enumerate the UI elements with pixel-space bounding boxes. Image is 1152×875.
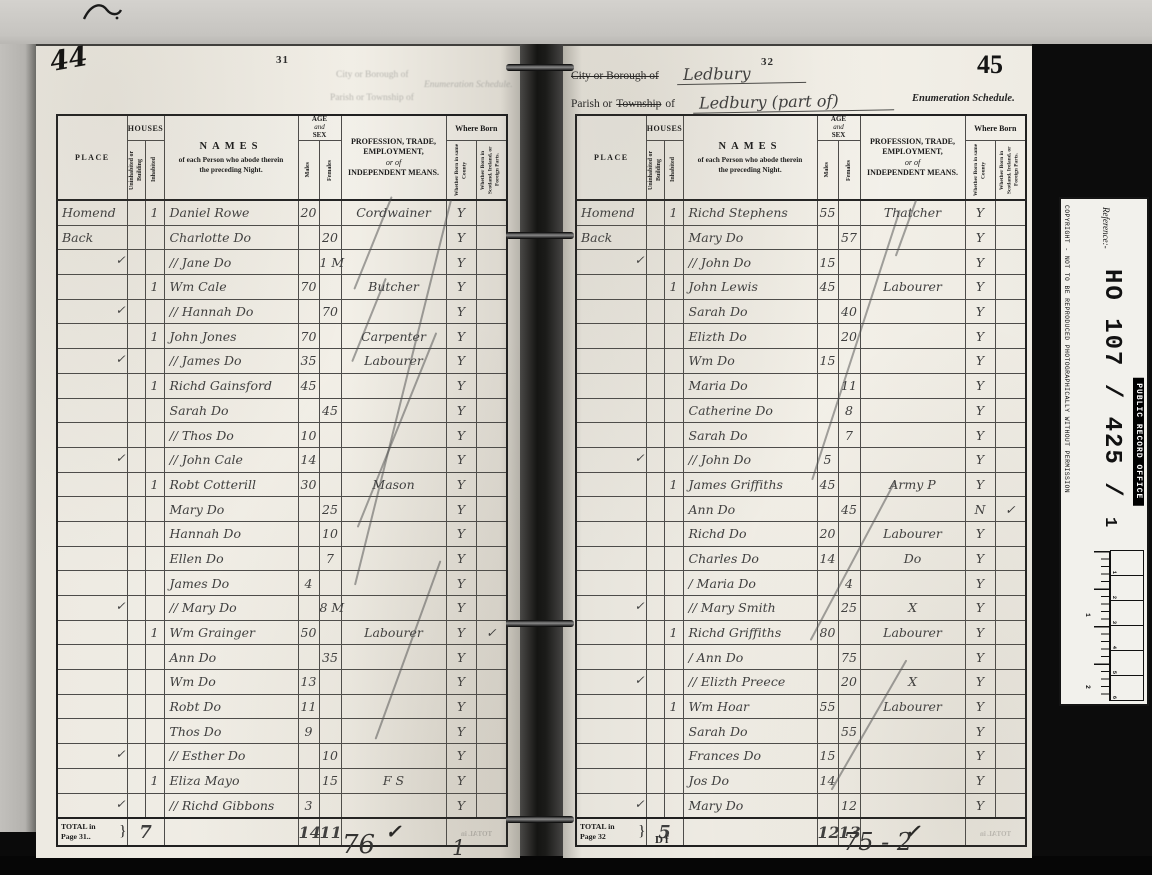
- census-row: Sarah Do 7 Y: [576, 423, 1026, 448]
- born-other-cell: [476, 521, 507, 546]
- born-county-cell: Y: [965, 200, 995, 225]
- inhabited-cell: [145, 225, 164, 250]
- handwritten-parish-value: Ledbury (part of): [693, 90, 894, 113]
- header-names: NAMES of each Person who abode therein t…: [164, 115, 298, 200]
- age-male-cell: [817, 299, 838, 324]
- age-female-cell: [319, 620, 341, 645]
- born-other-cell: [995, 447, 1026, 472]
- ruler-inch-scale: 1 2: [1083, 551, 1110, 701]
- born-other-cell: [995, 373, 1026, 398]
- bleedthrough-line-2: Parish or Township of: [330, 93, 414, 103]
- born-other-cell: [995, 349, 1026, 374]
- name-cell: Richd Griffiths: [683, 620, 817, 645]
- profession-cell: [860, 299, 965, 324]
- age-male-cell: 11: [298, 694, 319, 719]
- name-cell: // John Do: [683, 447, 817, 472]
- age-female-cell: 45: [838, 497, 860, 522]
- scanner-background-top: [0, 0, 1152, 44]
- age-female-cell: [319, 447, 341, 472]
- place-cell: [57, 324, 127, 349]
- age-female-cell: [838, 694, 860, 719]
- name-cell: Hannah Do: [164, 521, 298, 546]
- name-cell: Mary Do: [164, 497, 298, 522]
- uninhabited-cell: [127, 546, 145, 571]
- profession-cell: [341, 225, 446, 250]
- born-county-cell: Y: [965, 793, 995, 818]
- place-cell: [57, 497, 127, 522]
- born-other-cell: [476, 200, 507, 225]
- age-female-cell: [319, 373, 341, 398]
- profession-cell: Labourer: [341, 620, 446, 645]
- place-cell: [576, 571, 646, 596]
- uninhabited-cell: [646, 200, 664, 225]
- inhabited-cell: 1: [664, 200, 683, 225]
- uninhabited-cell: [127, 571, 145, 596]
- place-cell: ✓: [57, 744, 127, 769]
- place-cell: ✓: [576, 596, 646, 621]
- total-row: TOTAL in Page 32 } 5 12 13 ✓ TOTAL in: [576, 818, 1026, 846]
- profession-cell: Army P: [860, 472, 965, 497]
- name-cell: Mary Do: [683, 793, 817, 818]
- place-cell: Back: [576, 225, 646, 250]
- profession-cell: Mason: [341, 472, 446, 497]
- age-male-cell: [817, 670, 838, 695]
- profession-cell: [860, 423, 965, 448]
- born-county-cell: Y: [446, 744, 476, 769]
- census-row: 1 Robt Cotterill 30 Mason Y: [57, 472, 507, 497]
- age-male-cell: 10: [298, 423, 319, 448]
- age-female-cell: [319, 275, 341, 300]
- place-cell: ✓: [57, 349, 127, 374]
- born-county-cell: Y: [965, 719, 995, 744]
- born-county-cell: Y: [446, 225, 476, 250]
- census-row: Wm Do 13 Y: [57, 670, 507, 695]
- age-female-cell: 45: [319, 398, 341, 423]
- born-county-cell: Y: [446, 324, 476, 349]
- name-cell: Ann Do: [164, 645, 298, 670]
- profession-cell: [860, 373, 965, 398]
- census-row: ✓ // James Do 35 Labourer Y: [57, 349, 507, 374]
- inhabited-cell: [664, 349, 683, 374]
- place-cell: ✓: [576, 250, 646, 275]
- census-row: 1 Richd Gainsford 45 Y: [57, 373, 507, 398]
- born-county-cell: Y: [965, 299, 995, 324]
- header-males: Males: [298, 141, 319, 201]
- name-cell: Wm Cale: [164, 275, 298, 300]
- age-male-cell: 55: [817, 200, 838, 225]
- age-female-cell: [838, 447, 860, 472]
- age-male-cell: [298, 497, 319, 522]
- public-record-office-stamp: PUBLIC RECORD OFFICE Reference:- HO 107 …: [1059, 197, 1149, 706]
- census-row: 1 James Griffiths 45 Army P Y: [576, 472, 1026, 497]
- name-cell: Catherine Do: [683, 398, 817, 423]
- born-county-cell: Y: [965, 423, 995, 448]
- age-female-cell: [319, 349, 341, 374]
- header-where-born: Where Born: [965, 115, 1026, 141]
- age-female-cell: [319, 324, 341, 349]
- header-females: Females: [319, 141, 341, 201]
- footer-mark-df: Df: [655, 834, 671, 846]
- age-male-cell: [298, 250, 319, 275]
- age-female-cell: [838, 472, 860, 497]
- margin-checkmark: ✓: [634, 253, 644, 267]
- name-cell: // Hannah Do: [164, 299, 298, 324]
- inhabited-cell: 1: [664, 694, 683, 719]
- inhabited-cell: 1: [145, 275, 164, 300]
- header-where-born: Where Born: [446, 115, 507, 141]
- age-male-cell: 14: [817, 546, 838, 571]
- born-other-cell: [995, 299, 1026, 324]
- uninhabited-cell: [646, 793, 664, 818]
- census-row: ✓ // Esther Do 10 Y: [57, 744, 507, 769]
- margin-checkmark: ✓: [634, 599, 644, 613]
- census-row: ✓ // Hannah Do 70 Y: [57, 299, 507, 324]
- age-female-cell: [319, 571, 341, 596]
- place-cell: [57, 423, 127, 448]
- born-other-cell: [995, 472, 1026, 497]
- inhabited-cell: [664, 571, 683, 596]
- profession-cell: Labourer: [860, 521, 965, 546]
- profession-cell: X: [860, 670, 965, 695]
- total-females: 11: [319, 818, 341, 846]
- name-cell: Richd Stephens: [683, 200, 817, 225]
- age-female-cell: 40: [838, 299, 860, 324]
- name-cell: Maria Do: [683, 373, 817, 398]
- census-row: 1 John Jones 70 Carpenter Y: [57, 324, 507, 349]
- census-row: Jos Do 14 Y: [576, 768, 1026, 793]
- born-other-cell: [476, 546, 507, 571]
- born-county-cell: Y: [446, 596, 476, 621]
- census-row: Ellen Do 7 Y: [57, 546, 507, 571]
- inhabited-cell: 1: [664, 620, 683, 645]
- uninhabited-cell: [646, 398, 664, 423]
- binding-staple: [506, 620, 574, 627]
- margin-checkmark: ✓: [115, 253, 125, 267]
- inhabited-cell: [664, 423, 683, 448]
- age-male-cell: [298, 645, 319, 670]
- age-male-cell: 30: [298, 472, 319, 497]
- name-cell: Wm Grainger: [164, 620, 298, 645]
- uninhabited-cell: [646, 645, 664, 670]
- header-inhabited: Inhabited: [145, 141, 164, 201]
- uninhabited-cell: [127, 200, 145, 225]
- name-cell: Daniel Rowe: [164, 200, 298, 225]
- name-cell: Robt Cotterill: [164, 472, 298, 497]
- inhabited-cell: 1: [664, 275, 683, 300]
- profession-cell: [341, 694, 446, 719]
- place-cell: [576, 324, 646, 349]
- profession-cell: [341, 398, 446, 423]
- profession-cell: [860, 225, 965, 250]
- uninhabited-cell: [646, 571, 664, 596]
- born-county-cell: Y: [965, 744, 995, 769]
- profession-cell: [341, 793, 446, 818]
- born-other-cell: [476, 299, 507, 324]
- age-male-cell: [298, 521, 319, 546]
- profession-cell: [341, 497, 446, 522]
- uninhabited-cell: [127, 744, 145, 769]
- total-males: 12: [817, 818, 838, 846]
- uninhabited-cell: [646, 497, 664, 522]
- name-cell: Sarah Do: [164, 398, 298, 423]
- born-county-cell: Y: [965, 225, 995, 250]
- born-other-cell: [476, 571, 507, 596]
- born-county-cell: Y: [446, 793, 476, 818]
- born-other-cell: [995, 620, 1026, 645]
- census-row: Robt Do 11 Y: [57, 694, 507, 719]
- profession-cell: [860, 768, 965, 793]
- uninhabited-cell: [127, 472, 145, 497]
- age-female-cell: 25: [838, 596, 860, 621]
- table-header: PLACE HOUSES NAMES of each Person who ab…: [57, 115, 507, 200]
- inhabited-cell: [664, 299, 683, 324]
- place-cell: [576, 744, 646, 769]
- uninhabited-cell: [646, 596, 664, 621]
- census-row: ✓ // John Cale 14 Y: [57, 447, 507, 472]
- place-cell: [576, 546, 646, 571]
- inhabited-cell: 1: [145, 373, 164, 398]
- profession-cell: [860, 793, 965, 818]
- name-cell: // James Do: [164, 349, 298, 374]
- binding-staple: [506, 816, 574, 823]
- place-cell: [576, 373, 646, 398]
- book-binding-gutter: [520, 44, 563, 856]
- inhabited-cell: [145, 670, 164, 695]
- census-row: Back Mary Do 57 Y: [576, 225, 1026, 250]
- age-male-cell: [817, 373, 838, 398]
- ruler-cm-box: 3: [1110, 600, 1144, 626]
- margin-checkmark: ✓: [115, 303, 125, 317]
- born-other-cell: [995, 225, 1026, 250]
- born-other-cell: ✓: [476, 620, 507, 645]
- census-row: Homend 1 Richd Stephens 55 Thatcher Y: [576, 200, 1026, 225]
- born-county-cell: Y: [446, 768, 476, 793]
- inhabited-cell: [664, 324, 683, 349]
- age-male-cell: 35: [298, 349, 319, 374]
- uninhabited-cell: [127, 447, 145, 472]
- inhabited-cell: [664, 546, 683, 571]
- age-male-cell: 45: [817, 275, 838, 300]
- born-county-cell: Y: [446, 250, 476, 275]
- inhabited-cell: [145, 694, 164, 719]
- census-row: ✓ // John Do 15 Y: [576, 250, 1026, 275]
- census-row: Ann Do 45 N ✓: [576, 497, 1026, 522]
- census-row: Hannah Do 10 Y: [57, 521, 507, 546]
- place-cell: ✓: [57, 250, 127, 275]
- born-county-cell: Y: [446, 299, 476, 324]
- ruler-cm-box: 5: [1110, 650, 1144, 676]
- table-body: Homend 1 Daniel Rowe 20 Cordwainer Y Bac…: [57, 200, 507, 818]
- place-cell: [57, 472, 127, 497]
- place-cell: ✓: [576, 670, 646, 695]
- place-cell: [57, 719, 127, 744]
- total-males: 14: [298, 818, 319, 846]
- profession-cell: [341, 250, 446, 275]
- born-other-cell: [995, 398, 1026, 423]
- uninhabited-cell: [646, 768, 664, 793]
- age-male-cell: 4: [298, 571, 319, 596]
- born-other-cell: [995, 200, 1026, 225]
- name-cell: Ellen Do: [164, 546, 298, 571]
- age-male-cell: [298, 546, 319, 571]
- folio-number: 45: [977, 50, 1003, 80]
- inhabited-cell: [664, 373, 683, 398]
- uninhabited-cell: [127, 645, 145, 670]
- born-other-cell: [476, 670, 507, 695]
- age-female-cell: [319, 200, 341, 225]
- census-page-left: 31 44 City or Borough of Parish or Towns…: [36, 44, 520, 858]
- age-male-cell: 3: [298, 793, 319, 818]
- binding-staple: [506, 232, 574, 239]
- ink-squiggle-mark: [82, 1, 124, 25]
- born-other-cell: [995, 645, 1026, 670]
- pro-title: PUBLIC RECORD OFFICE: [1133, 377, 1144, 505]
- born-other-cell: [476, 472, 507, 497]
- age-male-cell: 55: [817, 694, 838, 719]
- born-other-cell: [476, 373, 507, 398]
- uninhabited-cell: [127, 349, 145, 374]
- profession-cell: Do: [860, 546, 965, 571]
- name-cell: // Richd Gibbons: [164, 793, 298, 818]
- header-age-sex: AGEandSEX: [817, 115, 860, 141]
- age-male-cell: 45: [817, 472, 838, 497]
- place-cell: [57, 768, 127, 793]
- place-cell: [576, 398, 646, 423]
- name-cell: // John Do: [683, 250, 817, 275]
- age-male-cell: [298, 596, 319, 621]
- age-female-cell: [838, 200, 860, 225]
- inhabited-cell: [145, 521, 164, 546]
- age-female-cell: 10: [319, 521, 341, 546]
- profession-cell: [341, 596, 446, 621]
- inhabited-cell: [664, 225, 683, 250]
- scanner-background-bottom: [0, 856, 1152, 875]
- uninhabited-cell: [646, 620, 664, 645]
- name-cell: Eliza Mayo: [164, 768, 298, 793]
- age-female-cell: [838, 275, 860, 300]
- born-county-cell: Y: [965, 275, 995, 300]
- born-other-cell: [995, 596, 1026, 621]
- profession-cell: [860, 250, 965, 275]
- ruler-cm-box: 6: [1110, 675, 1144, 701]
- age-male-cell: 9: [298, 719, 319, 744]
- age-male-cell: 20: [298, 200, 319, 225]
- born-other-cell: [476, 793, 507, 818]
- header-males: Males: [817, 141, 838, 201]
- census-row: ✓ // Mary Smith 25 X Y: [576, 596, 1026, 621]
- uninhabited-cell: [646, 373, 664, 398]
- place-cell: ✓: [57, 299, 127, 324]
- place-cell: ✓: [57, 596, 127, 621]
- profession-cell: [860, 349, 965, 374]
- profession-cell: [860, 324, 965, 349]
- name-cell: John Jones: [164, 324, 298, 349]
- name-cell: / Maria Do: [683, 571, 817, 596]
- name-cell: Mary Do: [683, 225, 817, 250]
- total-houses: 7: [127, 818, 164, 846]
- name-cell: Jos Do: [683, 768, 817, 793]
- age-male-cell: [817, 225, 838, 250]
- census-row: Thos Do 9 Y: [57, 719, 507, 744]
- place-cell: [57, 275, 127, 300]
- census-row: Sarah Do 40 Y: [576, 299, 1026, 324]
- census-row: ✓ // Mary Do 8 M Y: [57, 596, 507, 621]
- reference-label: Reference:-: [1101, 207, 1111, 249]
- uninhabited-cell: [127, 719, 145, 744]
- uninhabited-cell: [127, 793, 145, 818]
- age-male-cell: 70: [298, 324, 319, 349]
- margin-checkmark: ✓: [115, 451, 125, 465]
- table-body: Homend 1 Richd Stephens 55 Thatcher Y Ba…: [576, 200, 1026, 818]
- place-cell: ✓: [576, 793, 646, 818]
- age-male-cell: [817, 324, 838, 349]
- profession-cell: [860, 398, 965, 423]
- age-female-cell: 15: [319, 768, 341, 793]
- page-number-left: 31: [276, 54, 289, 66]
- born-county-cell: Y: [446, 620, 476, 645]
- inhabited-cell: 1: [145, 324, 164, 349]
- born-county-cell: Y: [446, 423, 476, 448]
- uninhabited-cell: [646, 447, 664, 472]
- profession-cell: Labourer: [860, 620, 965, 645]
- age-female-cell: 1 M: [319, 250, 341, 275]
- age-male-cell: [817, 497, 838, 522]
- place-cell: [576, 645, 646, 670]
- born-other-cell: [476, 645, 507, 670]
- header-profession: PROFESSION, TRADE,EMPLOYMENT, or ofINDEP…: [341, 115, 446, 200]
- born-county-cell: Y: [446, 447, 476, 472]
- place-cell: [576, 472, 646, 497]
- born-county-cell: Y: [446, 719, 476, 744]
- born-other-cell: [476, 596, 507, 621]
- uninhabited-cell: [646, 744, 664, 769]
- census-row: ✓ // Elizth Preece 20 X Y: [576, 670, 1026, 695]
- uninhabited-cell: [127, 620, 145, 645]
- born-county-cell: Y: [446, 694, 476, 719]
- age-female-cell: [319, 423, 341, 448]
- age-male-cell: 15: [817, 250, 838, 275]
- place-cell: [576, 620, 646, 645]
- profession-cell: X: [860, 596, 965, 621]
- born-other-cell: [995, 768, 1026, 793]
- born-other-cell: [476, 275, 507, 300]
- uninhabited-cell: [127, 373, 145, 398]
- total-label: TOTAL in Page 31.. }: [57, 818, 127, 846]
- ruler-cm-box: 2: [1110, 575, 1144, 601]
- born-county-cell: Y: [965, 373, 995, 398]
- name-cell: Sarah Do: [683, 719, 817, 744]
- age-female-cell: [319, 670, 341, 695]
- piece-number: 1: [1100, 517, 1119, 527]
- born-other-cell: [476, 719, 507, 744]
- footer-mark-75-2: 75 - 2: [843, 828, 912, 856]
- profession-cell: [860, 447, 965, 472]
- name-cell: // Thos Do: [164, 423, 298, 448]
- name-cell: // Elizth Preece: [683, 670, 817, 695]
- place-cell: [57, 645, 127, 670]
- born-other-cell: [995, 670, 1026, 695]
- born-county-cell: Y: [446, 546, 476, 571]
- name-cell: Wm Do: [164, 670, 298, 695]
- profession-cell: [341, 299, 446, 324]
- total-ghost-text: TOTAL in: [965, 818, 1026, 846]
- profession-cell: [341, 645, 446, 670]
- name-cell: Richd Gainsford: [164, 373, 298, 398]
- age-female-cell: [319, 793, 341, 818]
- inhabited-cell: 1: [145, 620, 164, 645]
- place-cell: [576, 719, 646, 744]
- age-male-cell: [817, 793, 838, 818]
